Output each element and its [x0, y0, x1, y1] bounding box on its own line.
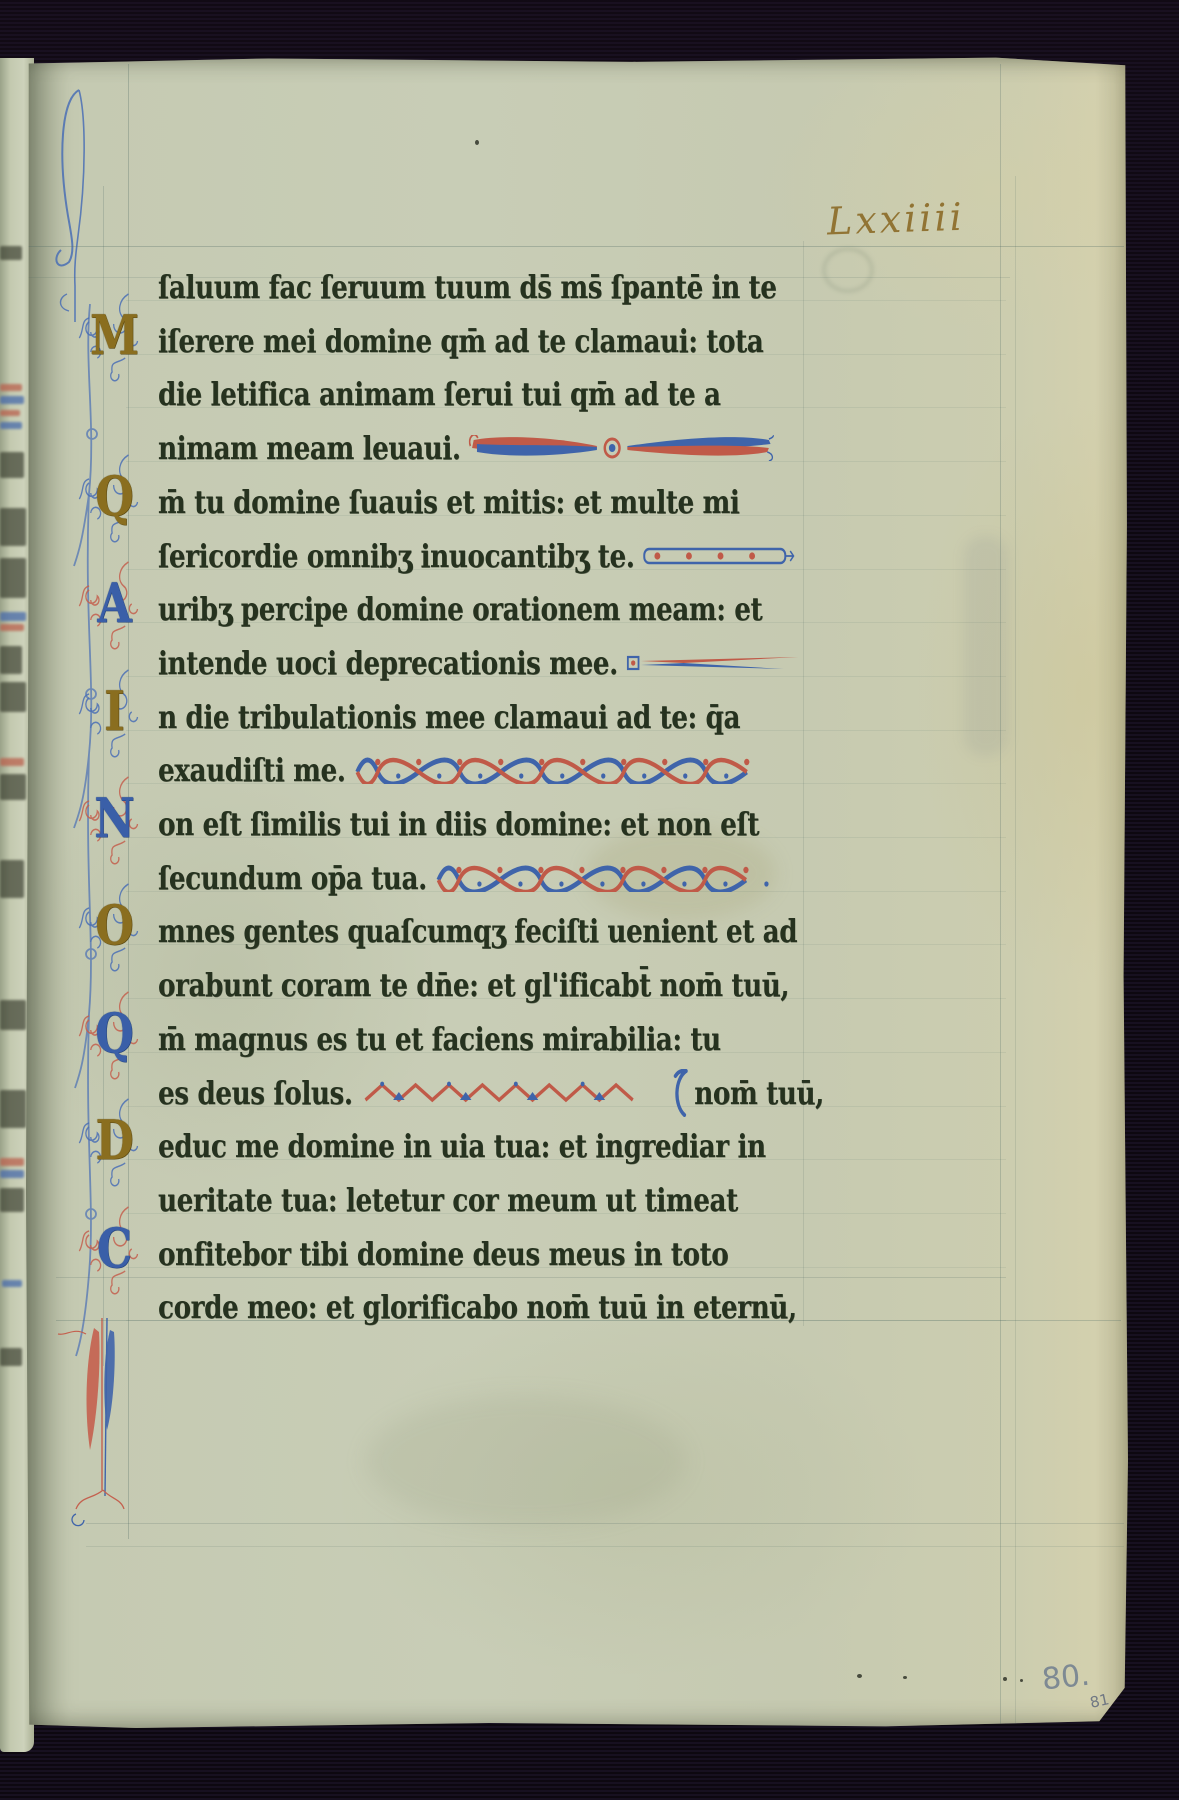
text-line: intende uoci deprecationis mee.	[158, 636, 824, 690]
text-line-text: onfitebor tibi domine deus meus in toto	[158, 1235, 728, 1273]
text-line: es deus ſolus. nom̄ tuū,	[158, 1066, 824, 1120]
text-line: Qm̄ tu domine ſuauis et mitis: et multe …	[158, 475, 824, 529]
illuminated-initial: Q	[84, 465, 145, 531]
text-line: Omnes gentes quaſcumqʒ feciſti uenient e…	[158, 904, 824, 958]
gutter-text-fragment	[0, 508, 26, 546]
illuminated-initial: Q	[84, 1002, 145, 1068]
gutter-text-fragment	[0, 1090, 26, 1128]
illuminated-initial: I	[84, 680, 145, 746]
gutter-text-fragment	[0, 682, 26, 712]
gutter-text-fragment	[0, 624, 24, 631]
illuminated-initial: A	[84, 572, 145, 638]
gutter-text-fragment	[0, 396, 24, 404]
text-line-text: on eſt ſimilis tui in diis domine: et no…	[158, 805, 759, 843]
text-line: ſecundum op̄a tua.	[158, 851, 824, 905]
initial-letter: C	[97, 1216, 132, 1280]
line-filler-wave	[435, 864, 788, 892]
line-filler-tail	[626, 654, 801, 672]
initial-letter: I	[104, 679, 125, 743]
text-line-text: m̄ tu domine ſuauis et mitis: et multe m…	[158, 483, 739, 521]
text-line: Non eſt ſimilis tui in diis domine: et n…	[158, 797, 824, 851]
gutter-text-fragment	[2, 1280, 22, 1287]
gutter-text-fragment	[0, 1000, 26, 1030]
text-line: Confitebor tibi domine deus meus in toto	[158, 1227, 824, 1281]
text-line: Miſerere mei domine qm̄ ad te clamaui: t…	[158, 314, 824, 368]
line-filler-zigzag	[361, 1080, 638, 1106]
ruling-line-vertical	[1000, 64, 1001, 1764]
initial-letter: Q	[95, 464, 134, 528]
gutter-text-fragment	[0, 774, 26, 800]
gutter-text-fragment	[0, 646, 22, 674]
text-line: nimam meam leuaui.	[158, 421, 824, 475]
text-line: corde meo: et glorificabo nom̄ tuū in et…	[158, 1280, 824, 1334]
gutter-text-fragment	[0, 758, 24, 766]
gutter-text-fragment	[0, 422, 22, 429]
gutter-text-fragment	[0, 1348, 22, 1366]
tie-mark	[671, 1069, 689, 1117]
text-line-text: educ me domine in uia tua: et ingrediar …	[158, 1127, 766, 1165]
ruling-line-horizontal	[28, 246, 1124, 247]
initial-letter: A	[97, 571, 131, 635]
initial-letter: Q	[95, 1001, 134, 1065]
ink-speck	[475, 140, 479, 145]
line-suffix: nom̄ tuū,	[671, 1069, 824, 1117]
text-line-text: iſerere mei domine qm̄ ad te clamaui: to…	[158, 322, 763, 360]
gutter-text-fragment	[0, 452, 24, 478]
margin-flourish-top	[45, 86, 115, 326]
initial-letter: M	[90, 303, 139, 367]
gutter-text-fragment	[0, 1170, 24, 1178]
text-line-text: die letifica animam ſerui tui qm̄ ad te …	[158, 375, 721, 413]
text-line: Auribʒ percipe domine orationem meam: et	[158, 582, 824, 636]
pencil-folio-number-small: 81	[1088, 1690, 1110, 1712]
ink-speck	[1020, 1679, 1023, 1682]
initial-letter: D	[95, 1108, 133, 1172]
ink-speck	[1003, 1677, 1007, 1681]
illuminated-initial: N	[84, 787, 145, 853]
pencil-folio-number: 80.	[1040, 1658, 1091, 1698]
illuminated-initial: O	[84, 894, 145, 960]
ruling-line-vertical	[1015, 176, 1016, 1731]
text-line: Deduc me domine in uia tua: et ingrediar…	[158, 1119, 824, 1173]
gutter-text-fragment	[0, 860, 24, 898]
manuscript-page: Lxxiiii ſaluum fac ſeruum tuum ds̄ ms̄ ſ…	[26, 56, 1128, 1728]
text-line: In die tribulationis mee clamaui ad te: …	[158, 690, 824, 744]
gutter-text-fragment	[0, 410, 20, 416]
ink-speck	[903, 1676, 907, 1679]
text-line: ſaluum fac ſeruum tuum ds̄ ms̄ ſpantē in…	[158, 260, 824, 314]
text-line: Qm̄ magnus es tu et faciens mirabilia: t…	[158, 1012, 824, 1066]
text-line-text: nimam meam leuaui.	[158, 429, 461, 467]
illuminated-initial: C	[84, 1217, 145, 1283]
gutter-text-fragment	[0, 1158, 24, 1166]
initial-letter: N	[94, 786, 134, 850]
gutter-text-fragment	[0, 558, 26, 598]
gutter-text-fragment	[0, 1188, 24, 1212]
folio-number: Lxxiiii	[826, 193, 1027, 244]
text-line: ueritate tua: letetur cor meum ut timeat	[158, 1173, 824, 1227]
ruling-line-horizontal	[86, 1546, 1124, 1547]
text-line: exaudiſti me.	[158, 743, 824, 797]
text-line-text: es deus ſolus.	[158, 1074, 353, 1112]
manuscript-photograph: Lxxiiii ſaluum fac ſeruum tuum ds̄ ms̄ ſ…	[0, 0, 1179, 1800]
initial-letter: O	[95, 893, 134, 957]
gutter-text-fragment	[0, 612, 26, 621]
text-line-text: ſericordie omnibʒ inuocantibʒ te.	[158, 537, 634, 575]
text-line-text: mnes gentes quaſcumqʒ feciſti uenient et…	[158, 912, 797, 950]
line-filler-knot	[469, 435, 774, 461]
ruling-line-horizontal	[86, 1523, 1124, 1524]
text-line-text: m̄ magnus es tu et faciens mirabilia: tu	[158, 1020, 721, 1058]
text-line: die letifica animam ſerui tui qm̄ ad te …	[158, 367, 824, 421]
gutter-text-fragment	[0, 384, 22, 391]
text-line: orabunt coram te dn̄e: et gl'ificabt̄ no…	[158, 958, 824, 1012]
parchment-stain	[366, 1396, 686, 1526]
text-line: ſericordie omnibʒ inuocantibʒ te.	[158, 529, 824, 583]
suffix-text: nom̄ tuū,	[694, 1074, 824, 1112]
line-filler-wave_long	[354, 756, 764, 784]
parchment-stain	[823, 248, 873, 292]
illuminated-initial: M	[84, 304, 145, 370]
text-line-text: n die tribulationis mee clamaui ad te: q…	[158, 698, 740, 736]
margin-flourish-tail	[56, 1318, 146, 1533]
text-line-text: ſecundum op̄a tua.	[158, 859, 427, 897]
text-line-text: uribʒ percipe domine orationem meam: et	[158, 590, 762, 628]
text-line-text: exaudiſti me.	[158, 751, 346, 789]
text-line-text: ſaluum fac ſeruum tuum ds̄ ms̄ ſpantē in…	[158, 268, 777, 306]
text-line-text: orabunt coram te dn̄e: et gl'ificabt̄ no…	[158, 966, 789, 1004]
text-line-text: corde meo: et glorificabo nom̄ tuū in et…	[158, 1288, 797, 1326]
text-line-text: intende uoci deprecationis mee.	[158, 644, 618, 682]
line-filler-dotbar	[643, 546, 796, 566]
ink-speck	[857, 1674, 862, 1678]
illuminated-initial: D	[84, 1109, 145, 1175]
text-line-text: ueritate tua: letetur cor meum ut timeat	[158, 1181, 738, 1219]
gutter-text-fragment	[0, 246, 22, 260]
